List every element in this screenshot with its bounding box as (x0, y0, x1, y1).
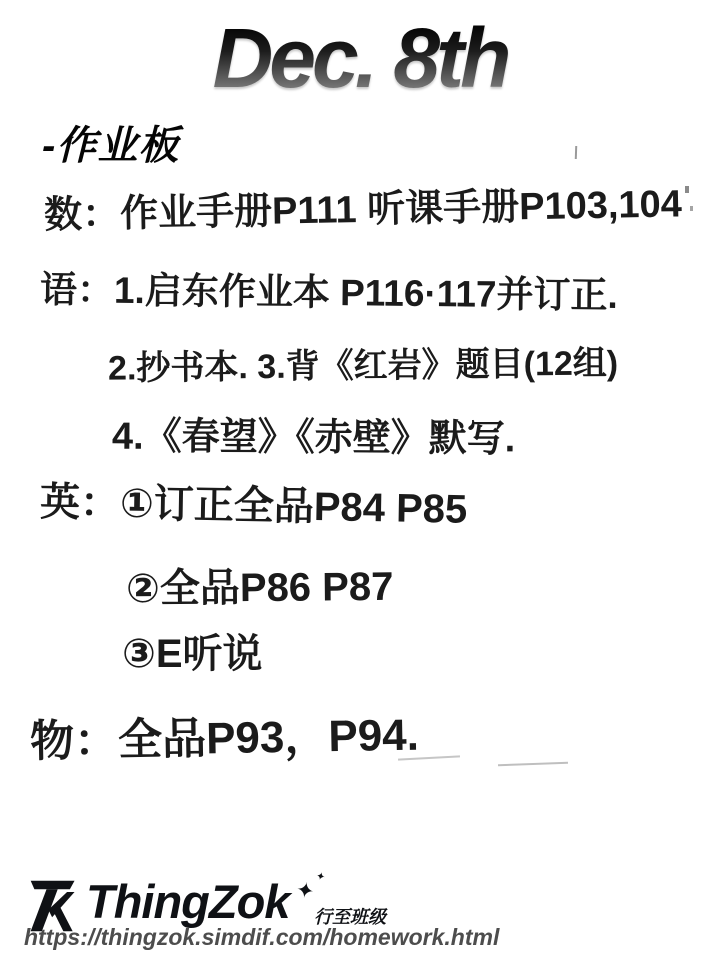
homework-line-math: 数：作业手册P111 听课手册P103,104 (44, 172, 683, 238)
board-label: -作业板 (42, 114, 179, 171)
page-title: Dec. 8th (0, 14, 720, 102)
homework-line-chinese-1: 语：1.启东作业本 P116·117并订正. (40, 259, 618, 319)
homework-board-photo: Dec. 8th -作业板 数：作业手册P111 听课手册P103,104 语：… (0, 0, 720, 960)
homework-line-physics: 物：全品P93，P94. (29, 699, 419, 770)
homework-line-chinese-2: 2.抄书本. 3.背《红岩》题目(12组) (108, 335, 619, 389)
footer-url: https://thingzok.simdif.com/homework.htm… (24, 924, 499, 951)
brand-name: ThingZok (86, 874, 289, 929)
homework-line-english-1: 英：①订正全品P84 P85 (40, 470, 468, 534)
scan-artifact (690, 206, 693, 211)
scan-artifact (575, 146, 577, 159)
homework-line-chinese-3: 4.《春望》《赤壁》默写. (112, 405, 516, 463)
scan-artifact (498, 762, 568, 766)
homework-line-english-3: ③E听说 (122, 622, 263, 679)
scan-artifact (685, 186, 689, 193)
sparkle-icon-small: ✦ (314, 869, 326, 884)
homework-line-english-2: ②全品P86 P87 (126, 555, 394, 614)
sparkle-icon: ✦ (294, 877, 317, 906)
